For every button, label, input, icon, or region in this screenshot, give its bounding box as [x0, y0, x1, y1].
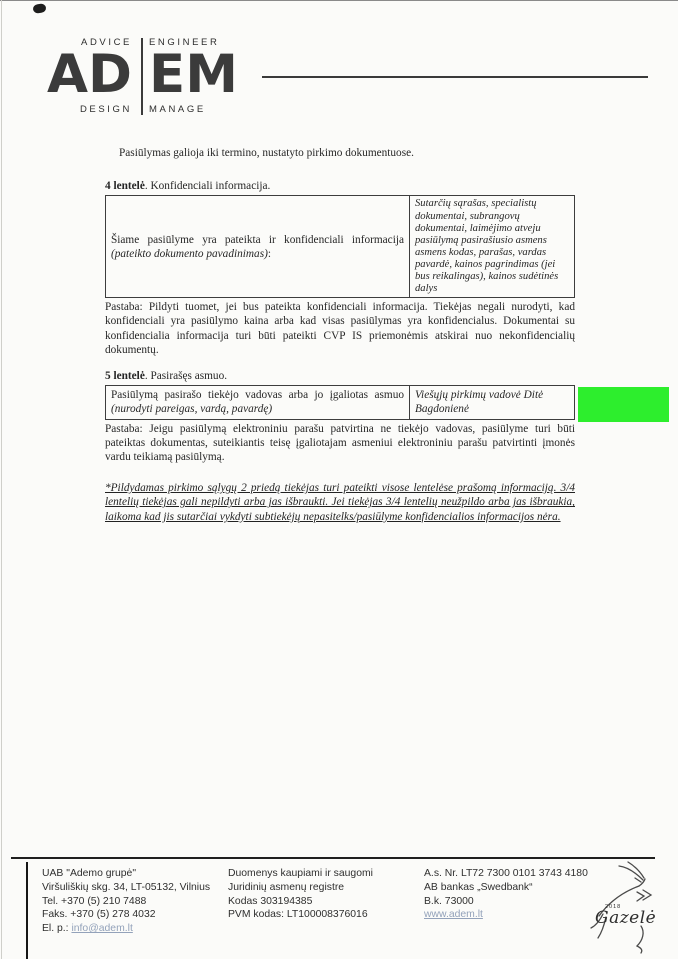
table5-left-cell: Pasiūlymą pasirašo tiekėjo vadovas arba …: [106, 386, 410, 419]
header-horizontal-rule: [262, 76, 648, 78]
logo-letters-em: EM: [141, 49, 238, 101]
vat-code: PVM kodas: LT100008376016: [228, 908, 373, 922]
email-label: El. p.:: [42, 923, 71, 934]
table-row: Šiame pasiūlyme yra pateikta ir konfiden…: [106, 196, 575, 298]
gazele-award-logo: 2018 Gazelė: [583, 860, 669, 955]
scan-left-edge: [1, 0, 2, 959]
table4-heading-title: . Konfidenciali informacija.: [145, 180, 270, 192]
logo-manage-label: MANAGE: [141, 103, 206, 116]
table5-note: Pastaba: Jeigu pasiūlymą elektroniniu pa…: [105, 422, 575, 465]
company-address: Viršuliškių skg. 34, LT-05132, Vilnius: [42, 881, 210, 895]
signer-name-text: Viešųjų pirkimų vadovė Ditė Bagdonienė: [415, 389, 543, 415]
document-body: Pasiūlymas galioja iki termino, nustatyt…: [105, 146, 575, 524]
footer-col-company: UAB "Ademo grupė" Viršuliškių skg. 34, L…: [42, 867, 210, 936]
table5-left-italic: (nurodyti pareigas, vardą, pavardę): [111, 403, 272, 415]
registry-line: Duomenys kaupiami ir saugomi: [228, 867, 373, 881]
gazele-wordmark: Gazelė: [595, 908, 656, 928]
logo-divider-line: [141, 38, 143, 115]
redaction-box: [578, 387, 669, 422]
table-row: Pasiūlymą pasirašo tiekėjo vadovas arba …: [106, 386, 575, 419]
scan-bottom-left-line: [26, 862, 28, 959]
bank-name: AB bankas „Swedbank“: [424, 881, 588, 895]
table5-heading-title: . Pasirašęs asmuo.: [145, 370, 227, 382]
bank-account: A.s. Nr. LT72 7300 0101 3743 4180: [424, 867, 588, 881]
table4-note: Pastaba: Pildyti tuomet, jei bus pateikt…: [105, 300, 575, 357]
footer-horizontal-rule: [11, 857, 655, 859]
table4-left-text: Šiame pasiūlyme yra pateikta ir konfiden…: [111, 234, 404, 246]
table4-heading-number: 4 lentelė: [105, 180, 145, 192]
bank-code: B.k. 73000: [424, 895, 588, 909]
intro-paragraph: Pasiūlymas galioja iki termino, nustatyt…: [105, 146, 575, 160]
email-link[interactable]: info@adem.lt: [71, 923, 132, 934]
footnote-paragraph: *Pildydamas pirkimo sąlygų 2 priedą tiek…: [105, 481, 575, 524]
company-name: UAB "Ademo grupė": [42, 867, 210, 881]
table4-left-italic: (pateikto dokumento pavadinimas): [111, 248, 268, 260]
scan-corner-mark: [32, 3, 46, 14]
scanned-document-page: ADVICE ENGINEER AD EM DESIGN MANAGE Pasi…: [0, 0, 678, 959]
table5-heading: 5 lentelė. Pasirašęs asmuo.: [105, 369, 575, 383]
company-fax: Faks. +370 (5) 278 4032: [42, 908, 210, 922]
logo-design-label: DESIGN: [40, 103, 141, 116]
table5-signer: Pasiūlymą pasirašo tiekėjo vadovas arba …: [105, 385, 575, 419]
table5-right-cell: Viešųjų pirkimų vadovė Ditė Bagdonienė: [410, 386, 575, 419]
adem-logo: ADVICE ENGINEER AD EM DESIGN MANAGE: [40, 36, 245, 116]
website-link[interactable]: www.adem.lt: [424, 909, 483, 920]
scan-top-edge: [0, 0, 678, 1]
company-email-line: El. p.: info@adem.lt: [42, 922, 210, 936]
logo-letters-ad: AD: [40, 49, 141, 101]
company-phone: Tel. +370 (5) 210 7488: [42, 895, 210, 909]
table5-heading-number: 5 lentelė: [105, 370, 145, 382]
table5-left-text: Pasiūlymą pasirašo tiekėjo vadovas arba …: [111, 389, 404, 401]
footer-col-registry: Duomenys kaupiami ir saugomi Juridinių a…: [228, 867, 373, 922]
table4-left-cell: Šiame pasiūlyme yra pateikta ir konfiden…: [106, 196, 410, 298]
table4-right-cell: Sutarčių sąrašas, specialistų dokumentai…: [410, 196, 575, 298]
registry-code: Kodas 303194385: [228, 895, 373, 909]
table4-heading: 4 lentelė. Konfidenciali informacija.: [105, 179, 575, 193]
registry-line: Juridinių asmenų registre: [228, 881, 373, 895]
footer-col-bank: A.s. Nr. LT72 7300 0101 3743 4180 AB ban…: [424, 867, 588, 922]
table4-left-suffix: :: [268, 248, 271, 260]
table4-confidential-info: Šiame pasiūlyme yra pateikta ir konfiden…: [105, 195, 575, 298]
